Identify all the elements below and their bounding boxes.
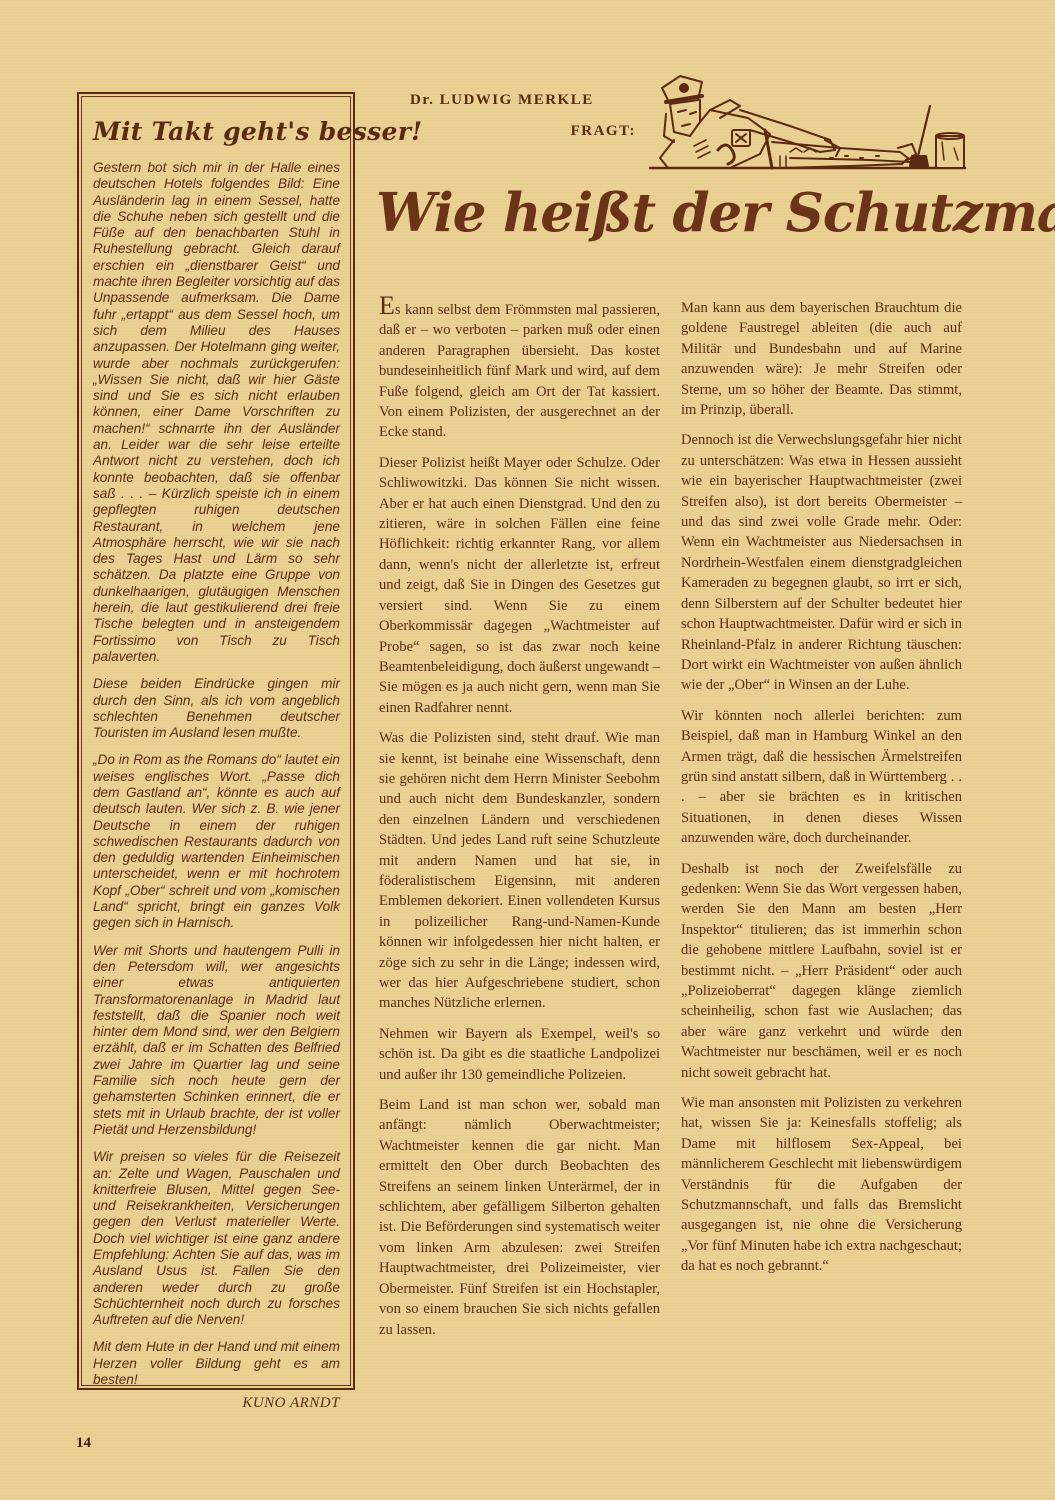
sidebar-author: KUNO ARNDT bbox=[93, 1395, 340, 1411]
article-byline: Dr. LUDWIG MERKLE FRAGT: bbox=[400, 92, 640, 140]
sidebar-paragraph: Mit dem Hute in der Hand und mit einem H… bbox=[93, 1339, 340, 1388]
article-paragraph: Dieser Polizist heißt Mayer oder Schulze… bbox=[379, 453, 660, 718]
sidebar-paragraph: Gestern bot sich mir in der Halle eines … bbox=[93, 160, 340, 665]
article-paragraph: Wie man ansonsten mit Polizisten zu verk… bbox=[681, 1093, 962, 1277]
article-paragraph: Dennoch ist die Verwechslungsgefahr hier… bbox=[681, 430, 962, 695]
article-paragraph: Was die Polizisten sind, steht drauf. Wi… bbox=[379, 728, 660, 1014]
byline-author: Dr. LUDWIG MERKLE bbox=[410, 92, 640, 109]
page-number: 14 bbox=[76, 1435, 91, 1452]
article-paragraph: Nehmen wir Bayern als Exempel, weil's so… bbox=[379, 1024, 660, 1085]
sidebar-inner-frame: Mit Takt geht's besser! Gestern bot sich… bbox=[81, 96, 351, 1386]
article-paragraph: Wir könnten noch allerlei berichten: zum… bbox=[681, 706, 962, 849]
article-paragraph-text: s kann selbst dem Frömmsten mal passiere… bbox=[379, 302, 660, 440]
sidebar-paragraph: Wer mit Shorts und hautengem Pulli in de… bbox=[93, 943, 340, 1139]
article-paragraph: Deshalb ist noch der Zweifelsfälle zu ge… bbox=[681, 859, 962, 1083]
article-headline: Wie heißt der Schutzmann? bbox=[376, 182, 976, 244]
sidebar-paragraph: Wir preisen so vieles für die Reisezeit … bbox=[93, 1149, 340, 1328]
sidebar-paragraph: Diese beiden Eindrücke gingen mir durch … bbox=[93, 676, 340, 741]
sidebar-title: Mit Takt geht's besser! bbox=[93, 117, 340, 146]
drop-cap: E bbox=[379, 291, 395, 320]
article-column-2: Man kann aus dem bayerischen Brauchtum d… bbox=[681, 298, 962, 1287]
byline-asks: FRAGT: bbox=[400, 123, 640, 140]
article-paragraph: Man kann aus dem bayerischen Brauchtum d… bbox=[681, 298, 962, 420]
article-paragraph: Es kann selbst dem Frömmsten mal passier… bbox=[379, 296, 660, 443]
policeman-illustration bbox=[640, 70, 970, 180]
article-paragraph: Beim Land ist man schon wer, sobald man … bbox=[379, 1095, 660, 1340]
sidebar-paragraph: „Do in Rom as the Romans do“ lautet ein … bbox=[93, 752, 340, 931]
magazine-page: Mit Takt geht's besser! Gestern bot sich… bbox=[0, 0, 1055, 1500]
article-column-1: Es kann selbst dem Frömmsten mal passier… bbox=[379, 296, 660, 1350]
sidebar-box: Mit Takt geht's besser! Gestern bot sich… bbox=[77, 92, 355, 1390]
